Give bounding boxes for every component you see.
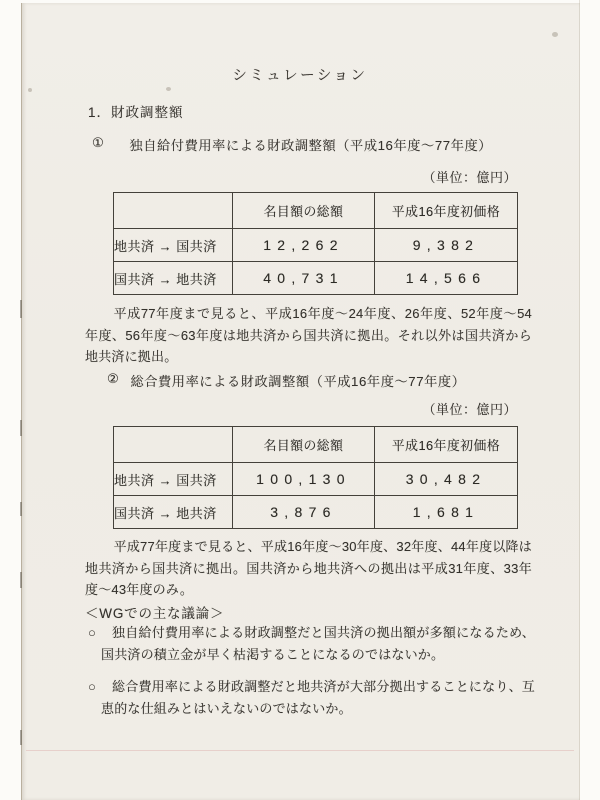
unit-note-1: （単位：億円） [113,167,517,186]
table-2-row2-initial: 1,681 [375,496,518,529]
table-1-corner-cell [114,193,233,229]
table-1-row1-total: 12,262 [233,229,375,262]
scan-edge-smudge [20,572,22,588]
table-1-row1-label: 地共済 → 国共済 [114,229,233,262]
table-fiscal-adjustment-1: 名目額の総額 平成16年度初価格 地共済 → 国共済 12,262 9,382 … [113,192,518,295]
item2-note: 平成77年度まで見ると、平成16年度～30年度、32年度、44年度以降は地共済か… [85,536,532,601]
table-row: 国共済 → 地共済 3,876 1,681 [114,496,518,529]
table-1-row2-label: 国共済 → 地共済 [114,262,233,295]
section-heading: 1．財政調整額 [88,101,184,121]
wg-discussion-heading: ＜WGでの主な議論＞ [85,602,224,622]
table-1-header-row: 名目額の総額 平成16年度初価格 [114,193,518,229]
table-2-corner-cell [114,427,233,463]
table-1-row2-initial: 14,566 [375,262,518,295]
scan-speck [166,87,171,91]
table-1-row1-initial: 9,382 [375,229,518,262]
wg-bullet-1: ○ 独自給付費用率による財政調整だと国共済の拠出額が多額になるため、国共済の積立… [88,622,535,665]
scan-speck [28,88,32,92]
wg-bullet-2: ○ 総合費用率による財政調整だと地共済が大部分拠出することになり、互恵的な仕組み… [88,676,535,719]
scan-edge-smudge [20,420,22,436]
table-2-header-nominal-total: 名目額の総額 [233,427,375,463]
table-fiscal-adjustment-2: 名目額の総額 平成16年度初価格 地共済 → 国共済 100,130 30,48… [113,426,518,529]
table-2-header-row: 名目額の総額 平成16年度初価格 [114,427,518,463]
item1-title: 独自給付費用率による財政調整額（平成16年度～77年度） [129,135,492,154]
scan-edge-smudge [20,502,22,516]
table-1-header-nominal-total: 名目額の総額 [233,193,375,229]
table-2-row1-label: 地共済 → 国共済 [114,463,233,496]
page-right-edge [579,0,580,800]
table-2-row1-initial: 30,482 [375,463,518,496]
table-row: 国共済 → 地共済 40,731 14,566 [114,262,518,295]
table-1-row2-total: 40,731 [233,262,375,295]
table-2-row2-label: 国共済 → 地共済 [114,496,233,529]
item1-note: 平成77年度まで見ると、平成16年度～24年度、26年度、52年度～54年度、5… [85,303,532,368]
table-2-header-initial-price: 平成16年度初価格 [375,427,518,463]
item2-heading: ② 総合費用率による財政調整額（平成16年度～77年度） [107,371,466,390]
wg-bullet-2-text: 総合費用率による財政調整だと地共済が大部分拠出することになり、互恵的な仕組みとは… [101,676,535,719]
item1-number-icon: ① [92,135,104,154]
circle-bullet-icon: ○ [88,676,96,698]
table-row: 地共済 → 国共済 12,262 9,382 [114,229,518,262]
table-2-row2-total: 3,876 [233,496,375,529]
scan-edge-smudge [20,730,22,745]
page-title: シミュレーション [0,64,600,85]
item2-number-icon: ② [107,371,119,390]
scan-pink-line [26,750,574,751]
scan-speck [552,32,558,37]
table-2-row1-total: 100,130 [233,463,375,496]
item2-title: 総合費用率による財政調整額（平成16年度～77年度） [130,371,465,390]
unit-note-2: （単位：億円） [113,399,517,418]
wg-bullet-1-text: 独自給付費用率による財政調整だと国共済の拠出額が多額になるため、国共済の積立金が… [101,622,535,665]
table-row: 地共済 → 国共済 100,130 30,482 [114,463,518,496]
item1-heading: ① 独自給付費用率による財政調整額（平成16年度～77年度） [92,135,492,154]
circle-bullet-icon: ○ [88,622,96,644]
table-1-header-initial-price: 平成16年度初価格 [375,193,518,229]
scan-edge-smudge [20,300,22,318]
